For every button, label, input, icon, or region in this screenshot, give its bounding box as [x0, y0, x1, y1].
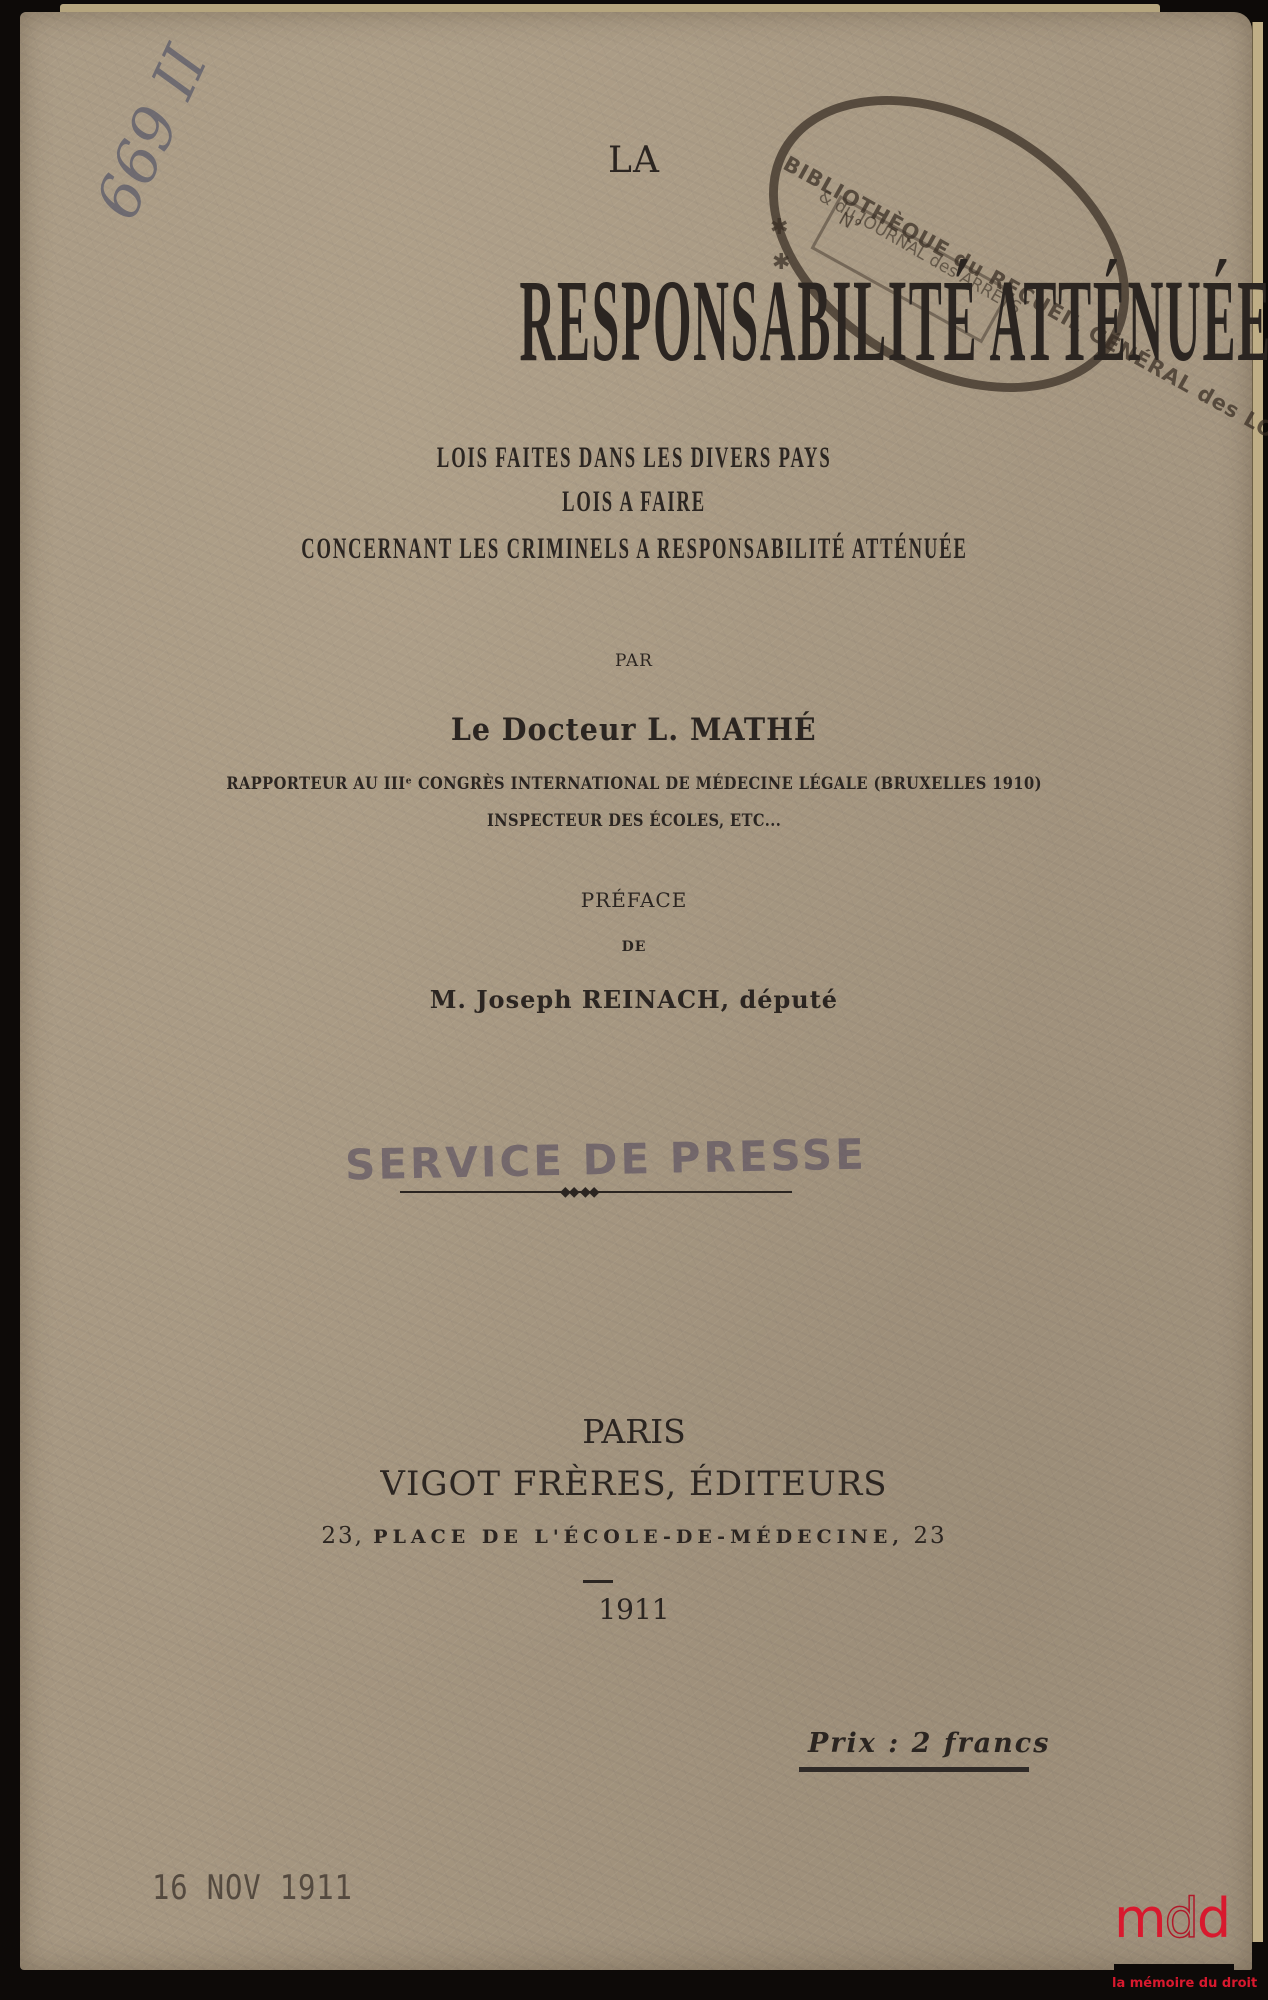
preface-by-label: DE — [0, 939, 1268, 955]
book-title-text: RESPONSABILITÉ ATTÉNUÉE — [520, 262, 1268, 380]
author-role-text: RAPPORTEUR AU IIIᵉ CONGRÈS INTERNATIONAL… — [226, 774, 1042, 794]
logo-tagline: la mémoire du droit — [1112, 1976, 1257, 1991]
mdd-watermark-logo: mdd la mémoire du droit — [1110, 1892, 1268, 2000]
subtitle-line-3: CONCERNANT LES CRIMINELS A RESPONSABILIT… — [0, 531, 1268, 566]
address-street: PLACE DE L'ÉCOLE-DE-MÉDECINE, — [373, 1526, 904, 1548]
mdd-logo-letters: mdd — [1114, 1892, 1229, 1946]
logo-letter-d: d — [1197, 1887, 1229, 1950]
preface-author: M. Joseph REINACH, député — [0, 985, 1268, 1014]
subtitle-line-1: LOIS FAITES DANS LES DIVERS PAYS — [0, 440, 1268, 475]
logo-bar — [1114, 1964, 1234, 1970]
author-role-2: INSPECTEUR DES ÉCOLES, ETC... — [0, 811, 1268, 831]
publisher-address: 23, PLACE DE L'ÉCOLE-DE-MÉDECINE, 23 — [0, 1523, 1268, 1549]
subtitle-text: LOIS A FAIRE — [562, 485, 706, 519]
book-title: RESPONSABILITÉ ATTÉNUÉE — [0, 262, 1268, 380]
preface-label: PRÉFACE — [0, 888, 1268, 912]
subtitle-line-2: LOIS A FAIRE — [0, 484, 1268, 519]
price-underline — [799, 1767, 1029, 1772]
subtitle-text: LOIS FAITES DANS LES DIVERS PAYS — [437, 441, 832, 475]
logo-letter-m: m — [1114, 1887, 1165, 1950]
received-date-stamp: 16 NOV 1911 — [152, 1868, 353, 1908]
address-number: 23, — [321, 1523, 364, 1549]
price-label: Prix : 2 francs — [808, 1728, 1050, 1759]
subtitle-text: CONCERNANT LES CRIMINELS A RESPONSABILIT… — [301, 532, 967, 566]
by-label: PAR — [0, 651, 1268, 671]
library-stamp-box-label: N° — [835, 208, 865, 237]
author-role-text: INSPECTEUR DES ÉCOLES, ETC... — [487, 811, 781, 831]
stamp-star-icon: ✱ — [770, 215, 788, 240]
separator-dash — [583, 1580, 613, 1583]
publisher-name: VIGOT FRÈRES, ÉDITEURS — [0, 1464, 1268, 1504]
address-number-end: 23 — [913, 1523, 946, 1549]
ornament-icon: ◆◆ ◆◆ — [560, 1184, 598, 1200]
publication-city: PARIS — [0, 1412, 1268, 1451]
title-article: LA — [0, 140, 1268, 181]
author-name: Le Docteur L. MATHÉ — [0, 712, 1268, 748]
publication-year: 1911 — [0, 1593, 1268, 1626]
logo-letter-d-outline: d — [1165, 1887, 1197, 1950]
author-name-text: Le Docteur L. MATHÉ — [451, 712, 817, 748]
author-role-1: RAPPORTEUR AU IIIᵉ CONGRÈS INTERNATIONAL… — [0, 774, 1268, 794]
